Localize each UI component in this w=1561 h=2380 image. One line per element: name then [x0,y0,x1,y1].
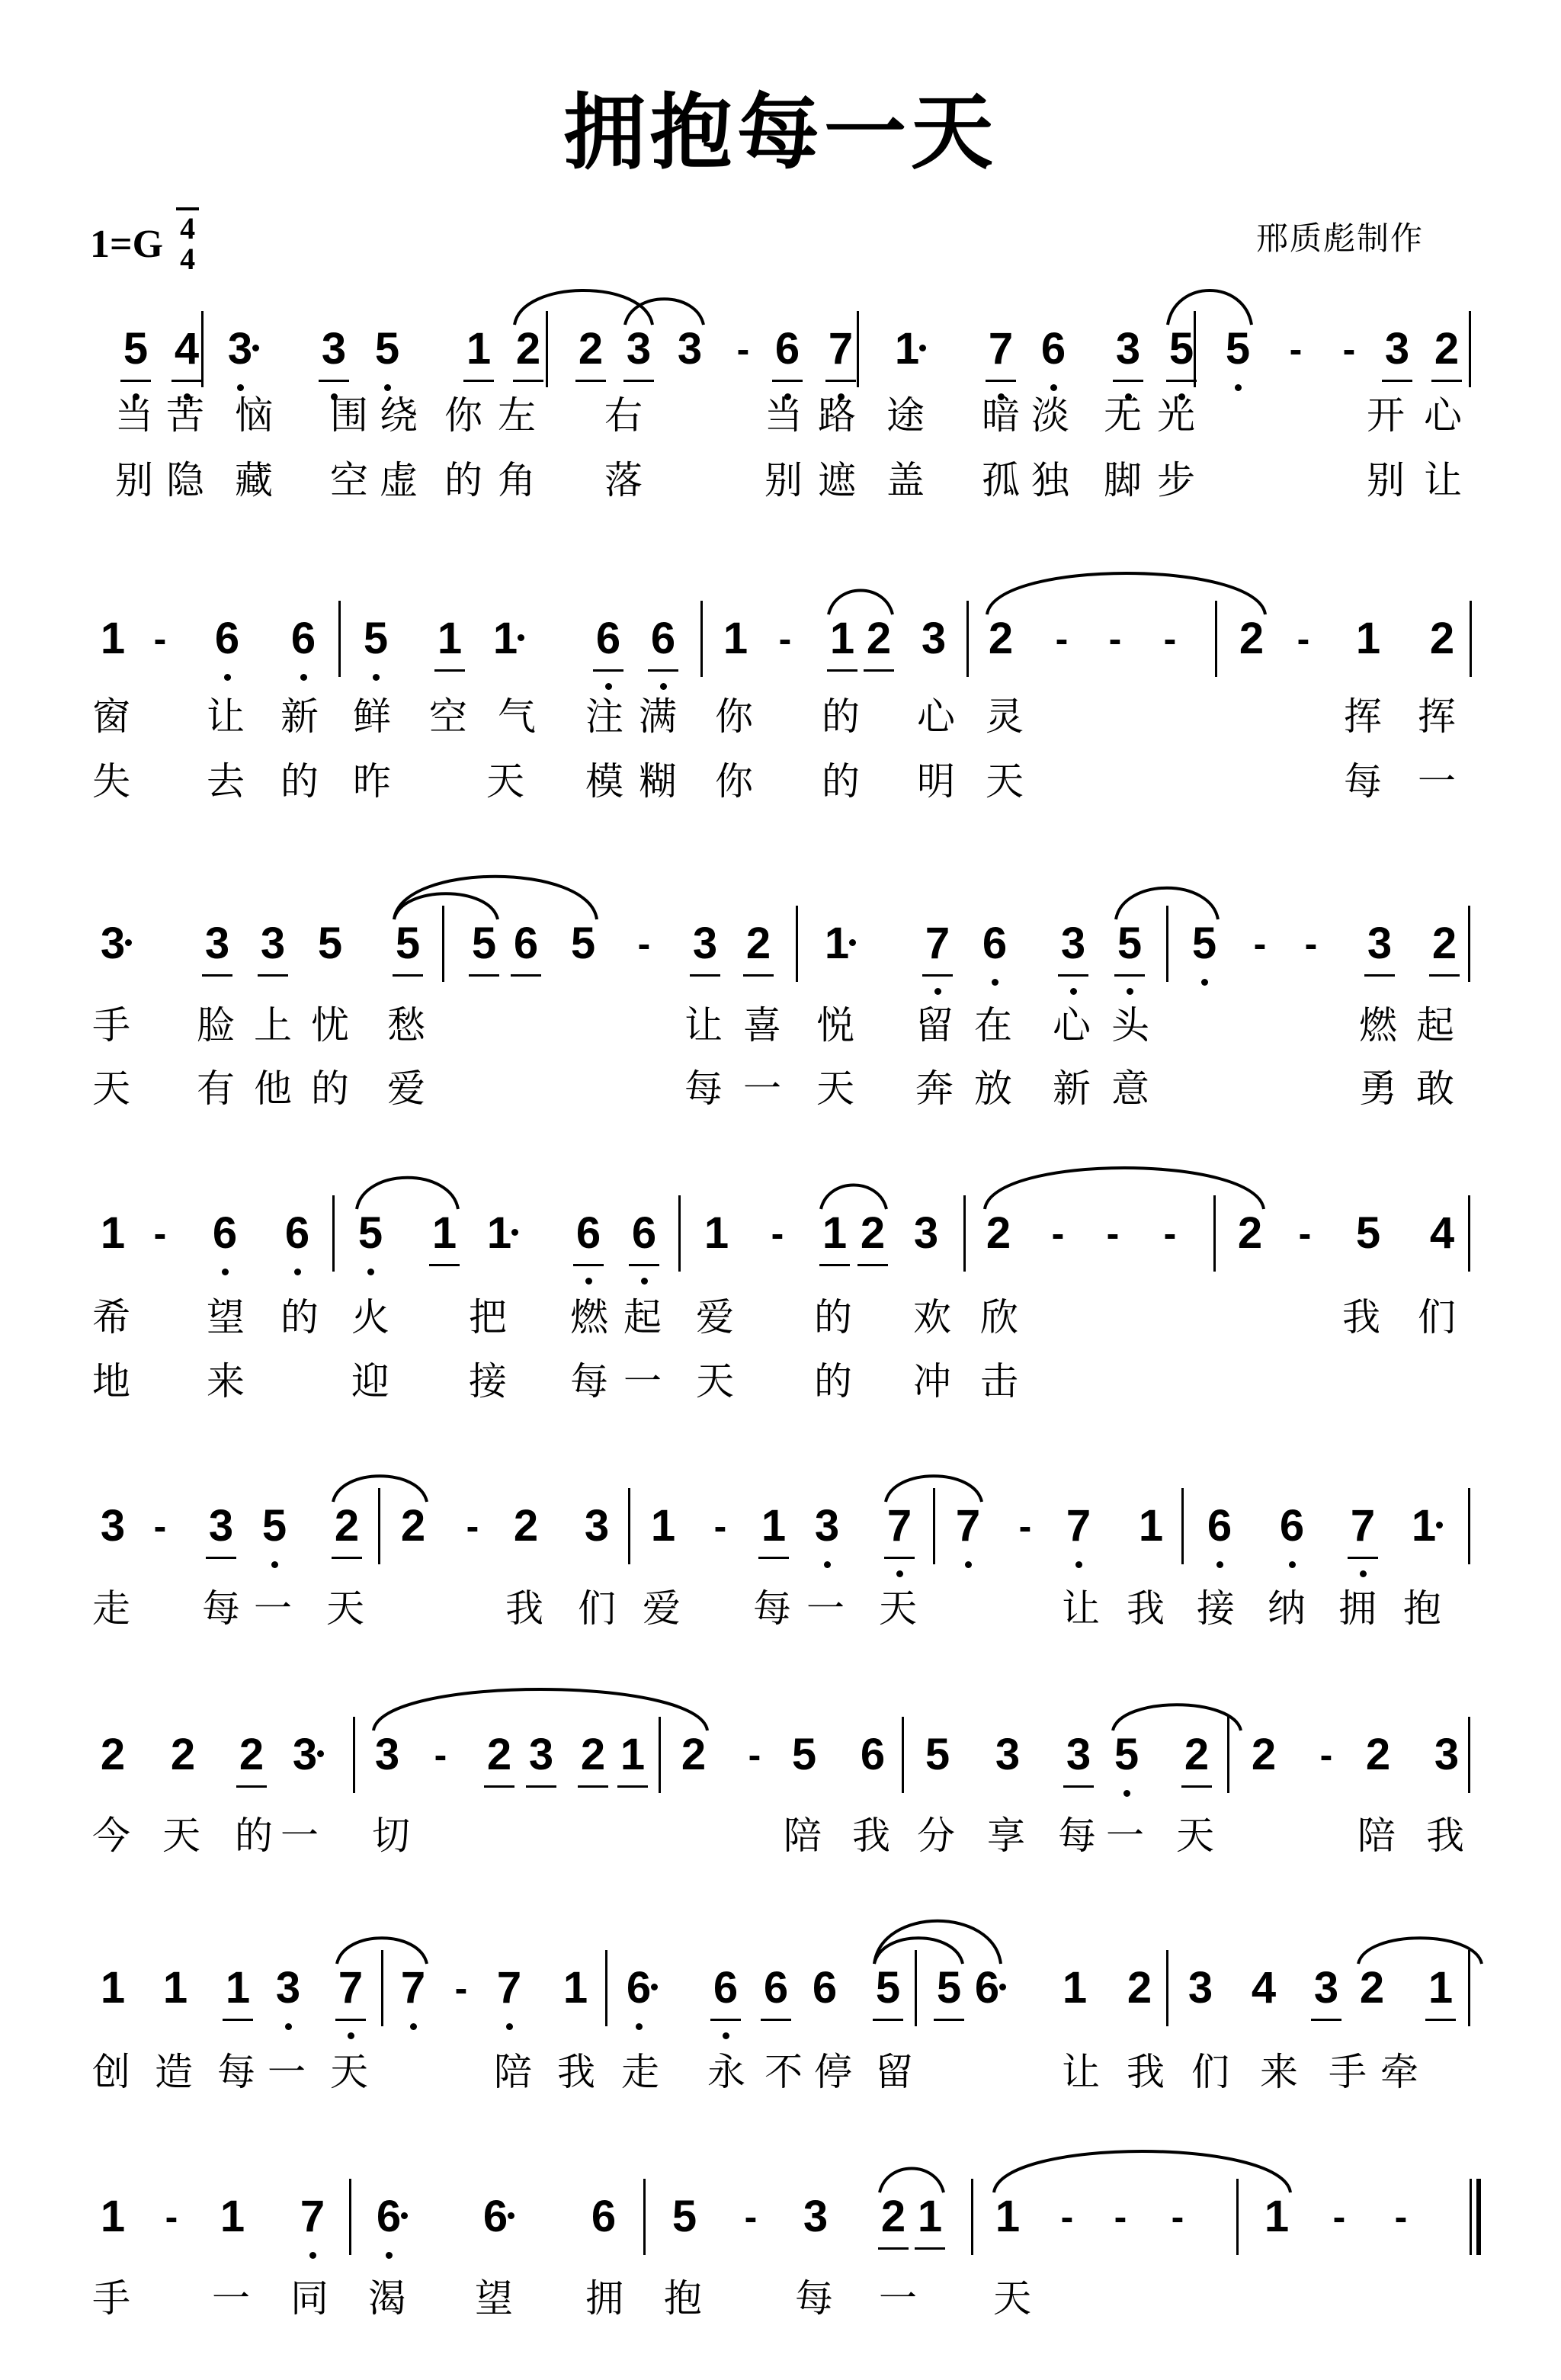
sustain-dash: - [1288,913,1334,974]
note: 2 [90,1724,136,1785]
lyric-char-verse-2: 步 [1155,457,1197,503]
lyric-char-verse-1: 陪 [1355,1813,1398,1859]
augmentation-dot [508,2212,514,2219]
lyric-char-verse-2: 落 [602,457,645,503]
barline [378,1488,380,1564]
note: 7 [328,1958,373,2019]
sustain-dash: - [1303,1724,1349,1785]
barline [1166,1950,1168,2026]
sustain-dash: - [621,913,667,974]
eighth-underline [1364,974,1395,977]
note: 5 [662,2186,707,2247]
lyric-char-verse-1: 火 [349,1294,392,1340]
lyric-char-verse-2: 一 [621,1358,664,1404]
lyric-char-verse-1: 我 [555,2049,598,2095]
note: 3 [194,913,240,974]
note: 1 [422,1203,467,1264]
lyric-char-verse-1: 爱 [640,1586,683,1631]
sustain-dash: - [1002,1496,1048,1557]
note: 1 [1052,1958,1098,2019]
lyric-char-verse-1: 手 [90,1002,133,1048]
note: 5 [364,319,410,380]
lyric-char-verse-2: 的 [278,759,321,804]
eighth-underline [772,380,803,382]
sustain-dash: - [149,2186,194,2247]
note: 3 [1056,1724,1101,1785]
lyric-char-verse-1: 留 [873,2049,915,2095]
barline [605,1950,607,2026]
lyric-char-verse-1: 今 [90,1813,133,1859]
lyric-char-verse-1: 恼 [232,393,275,438]
barline [966,601,969,677]
sustain-dash: - [1237,913,1283,974]
note: 1 [985,2186,1031,2247]
lyric-char-verse-1: 气 [495,694,538,739]
lyric-char-verse-1: 爱 [694,1294,736,1340]
note: 1 [713,608,758,669]
note: 2 [390,1496,436,1557]
note: 3 [1178,1958,1223,2019]
lyric-char-verse-2: 勇 [1357,1066,1399,1111]
note: 7 [390,1958,436,2019]
eighth-underline [393,974,423,977]
lyric-char-verse-2: 遮 [816,457,858,503]
sustain-dash: - [1316,2186,1362,2247]
lyric-char-verse-1: 牵 [1378,2049,1421,2095]
eighth-underline [206,1557,236,1559]
time-signature-line [176,207,199,210]
note: 3 [985,1724,1031,1785]
sustain-dash: - [1147,608,1193,669]
note: 6 [616,1958,662,2019]
lyric-char-verse-2: 角 [495,457,538,503]
eighth-underline [484,1785,514,1788]
lyric-char-verse-2: 别 [113,457,155,503]
barline [902,1717,904,1793]
low-octave-dot [992,979,998,986]
time-signature-top: 4 [180,213,195,244]
eighth-underline [202,974,232,977]
barline [349,2179,351,2255]
low-octave-dot [1360,1570,1367,1577]
note: 5 [1181,913,1227,974]
barline [442,906,444,982]
note: 2 [978,608,1024,669]
eighth-underline [1425,2019,1456,2021]
lyric-char-verse-1: 你 [713,694,755,739]
lyric-char-verse-1: 绕 [377,393,420,438]
lyric-char-verse-1: 上 [252,1002,294,1048]
lyric-char-verse-2: 失 [90,759,133,804]
lyric-char-verse-1: 我 [1124,2049,1167,2095]
eighth-underline [1113,380,1143,382]
note: 2 [1241,1724,1287,1785]
lyric-char-verse-1: 把 [466,1294,509,1340]
eighth-underline [120,380,151,382]
note: 6 [1197,1496,1242,1557]
lyric-char-verse-1: 我 [1424,1813,1466,1859]
barline [796,906,798,982]
lyric-char-verse-1: 的 [278,1294,321,1340]
eighth-underline [857,1264,888,1266]
low-octave-dot [367,1269,374,1275]
lyric-char-verse-1: 当 [762,393,805,438]
final-barline-thick [1476,2179,1481,2255]
lyric-char-verse-1: 挥 [1415,694,1458,739]
note: 2 [568,319,614,380]
note: 3 [1374,319,1420,380]
note: 1 [884,319,930,380]
lyric-char-verse-1: 一 [210,2276,252,2321]
note: 2 [503,1496,549,1557]
sustain-dash: - [137,1496,183,1557]
lyric-char-verse-1: 脸 [194,1002,237,1048]
note: 2 [229,1724,274,1785]
lyric-char-verse-1: 空 [427,694,470,739]
eighth-underline [922,974,953,977]
eighth-underline [578,1785,608,1788]
note: 1 [482,608,528,669]
lyric-char-verse-1: 我 [1124,1586,1167,1631]
eighth-underline [463,380,494,382]
lyric-char-verse-1: 陪 [492,2049,534,2095]
note: 1 [907,2186,953,2247]
lyric-char-verse-1: 拥 [583,2276,626,2321]
eighth-underline [758,1557,789,1559]
barline [1194,311,1196,387]
note: 3 [90,1496,136,1557]
lyric-char-verse-1: 挥 [1341,694,1384,739]
note: 5 [1159,319,1204,380]
low-octave-dot [1070,988,1077,995]
barline [915,1950,917,2026]
note: 6 [566,1203,611,1264]
lyric-char-verse-2: 隐 [164,457,207,503]
note: 5 [385,913,431,974]
lyric-char-verse-1: 天 [328,2049,370,2095]
lyric-char-verse-1: 让 [1059,2049,1102,2095]
low-octave-dot [934,988,941,995]
note: 5 [252,1496,297,1557]
lyric-char-verse-1: 每 [200,1586,242,1631]
eighth-underline [434,669,465,672]
barline [1236,2179,1239,2255]
note: 1 [456,319,502,380]
lyric-char-verse-1: 头 [1109,1002,1152,1048]
note: 6 [1269,1496,1315,1557]
sustain-dash: - [1039,608,1085,669]
note: 6 [964,1958,1010,2019]
sustain-dash: - [1147,1203,1193,1264]
barline [700,601,703,677]
lyric-char-verse-2: 敢 [1414,1066,1457,1111]
low-octave-dot [237,384,244,391]
lyric-char-verse-1: 一 [804,1586,847,1631]
barline [332,1195,335,1272]
eighth-underline [1431,380,1462,382]
note: 5 [915,1724,960,1785]
lyric-char-verse-1: 开 [1364,393,1407,438]
note: 3 [282,1724,328,1785]
note: 2 [570,1724,616,1785]
lyric-char-verse-2: 放 [972,1066,1014,1111]
key-signature: 1=G 4 4 [90,213,195,274]
lyric-char-verse-2: 别 [1364,457,1407,503]
lyric-char-verse-2: 的 [812,1358,854,1404]
lyric-char-verse-1: 纳 [1265,1586,1308,1631]
note: 6 [581,2186,627,2247]
note: 2 [856,608,902,669]
note: 6 [1031,319,1076,380]
low-octave-dot [605,683,612,690]
lyric-char-verse-1: 忧 [309,1002,351,1048]
sustain-dash: - [755,1203,800,1264]
eighth-underline [575,380,606,382]
note: 1 [1401,1496,1447,1557]
lyric-char-verse-2: 脚 [1101,457,1144,503]
lyric-char-verse-1: 天 [324,1586,367,1631]
sustain-dash: - [720,319,766,380]
lyric-char-verse-1: 天 [160,1813,203,1859]
note: 5 [1104,1724,1149,1785]
lyric-char-verse-2: 藏 [232,457,275,503]
sustain-dash: - [1281,608,1326,669]
lyric-char-verse-1: 的 [819,694,862,739]
barline [933,1488,935,1564]
lyric-char-verse-1: 停 [812,2049,854,2095]
lyric-char-verse-2: 奔 [913,1066,956,1111]
low-octave-dot [309,2252,316,2259]
sustain-dash: - [697,1496,743,1557]
lyric-char-verse-2: 别 [762,457,805,503]
note: 6 [473,2186,518,2247]
note: 2 [1174,1724,1220,1785]
lyric-char-verse-1: 留 [913,1002,956,1048]
note: 1 [90,1203,136,1264]
low-octave-dot [1050,384,1057,391]
note: 6 [850,1724,896,1785]
lyric-char-verse-2: 爱 [385,1066,428,1111]
note: 1 [210,2186,255,2247]
lyric-char-verse-1: 新 [278,694,321,739]
barline [1215,601,1217,677]
lyric-char-verse-1: 无 [1101,393,1144,438]
lyric-char-verse-1: 起 [1414,1002,1457,1048]
note: 4 [1419,1203,1465,1264]
lyric-char-verse-2: 的 [442,457,485,503]
sustain-dash: - [1282,1203,1328,1264]
low-octave-dot [1216,1561,1223,1568]
note: 1 [610,1724,655,1785]
low-octave-dot [1123,1790,1130,1797]
note: 2 [1229,608,1274,669]
lyric-char-verse-1: 手 [1326,2049,1369,2095]
lyric-char-verse-1: 一 [1104,1813,1146,1859]
note: 3 [1050,913,1096,974]
note: 7 [915,913,960,974]
note: 3 [903,1203,949,1264]
lyric-char-verse-1: 悦 [814,1002,857,1048]
lyric-char-verse-1: 燃 [568,1294,611,1340]
lyric-char-verse-1: 的 [232,1813,275,1859]
lyric-char-verse-1: 希 [90,1294,133,1340]
eighth-underline [1429,974,1460,977]
eighth-underline [1181,1785,1212,1788]
lyric-char-verse-1: 走 [90,1586,133,1631]
eighth-underline [629,1264,659,1266]
note: 1 [90,608,136,669]
note: 1 [814,913,860,974]
note: 1 [751,1496,797,1557]
note: 5 [1107,913,1152,974]
lyric-char-verse-2: 的 [309,1066,351,1111]
lyric-char-verse-1: 心 [915,694,957,739]
sustain-dash: - [732,1724,777,1785]
lyric-char-verse-1: 每 [793,2276,835,2321]
eighth-underline [934,2019,964,2021]
lyric-char-verse-2: 天 [814,1066,857,1111]
song-title: 拥抱每一天 [0,91,1561,174]
eighth-underline [223,2019,253,2021]
lyric-char-verse-1: 抱 [1401,1586,1444,1631]
barline [1468,1195,1470,1272]
note: 1 [1254,2186,1300,2247]
lyric-char-verse-2: 明 [915,759,957,804]
sustain-dash: - [1092,608,1138,669]
lyric-char-verse-1: 一 [265,2049,308,2095]
eighth-underline [1063,1785,1094,1788]
sustain-dash: - [1326,319,1372,380]
lyric-char-verse-1: 喜 [741,1002,784,1048]
eighth-underline [873,2019,903,2021]
eighth-underline [511,974,541,977]
lyric-char-verse-2: 接 [466,1358,509,1404]
note: 6 [366,2186,412,2247]
note: 6 [640,608,686,669]
lyric-char-verse-1: 苦 [164,393,207,438]
barline [546,311,548,387]
note: 3 [90,913,136,974]
lyric-char-verse-2: 虚 [377,457,420,503]
lyric-char-verse-1: 天 [991,2276,1034,2321]
sustain-dash: - [1273,319,1319,380]
note: 6 [202,1203,248,1264]
note: 1 [152,1958,198,2019]
lyric-char-verse-1: 每 [1056,1813,1098,1859]
final-barline [1470,2179,1472,2255]
lyric-char-verse-1: 的 [812,1294,854,1340]
lyric-char-verse-2: 每 [568,1358,611,1404]
lyric-char-verse-1: 我 [850,1813,893,1859]
lyric-char-verse-2: 天 [983,759,1026,804]
note: 1 [1418,1958,1463,2019]
note: 2 [850,1203,896,1264]
note: 6 [274,1203,320,1264]
lyric-char-verse-1: 天 [877,1586,919,1631]
lyric-char-verse-2: 有 [194,1066,237,1111]
lyric-char-verse-1: 路 [816,393,858,438]
note: 1 [215,1958,261,2019]
low-octave-dot [1201,979,1208,986]
note: 1 [553,1958,598,2019]
lyric-char-verse-2: 孤 [979,457,1022,503]
eighth-underline [827,669,857,672]
barline [201,311,204,387]
note: 3 [1303,1958,1349,2019]
augmentation-dot [518,634,524,641]
note: 3 [265,1958,311,2019]
lyric-char-verse-1: 我 [503,1586,546,1631]
lyric-char-verse-1: 拥 [1336,1586,1379,1631]
barline [1470,601,1472,677]
lyric-char-verse-2: 意 [1109,1066,1152,1111]
lyric-char-verse-1: 来 [1258,2049,1300,2095]
low-octave-dot [636,2023,643,2030]
lyric-char-verse-2: 一 [741,1066,784,1111]
note: 7 [877,1496,922,1557]
note: 2 [976,1203,1021,1264]
lyric-char-verse-1: 在 [972,1002,1014,1048]
lyric-char-verse-2: 空 [328,457,370,503]
note: 2 [671,1724,716,1785]
barline [1213,1195,1216,1272]
barline [678,1195,681,1272]
eighth-underline [710,2019,741,2021]
note: 1 [694,1203,739,1264]
eighth-underline [469,974,499,977]
lyric-char-verse-1: 享 [985,1813,1027,1859]
lyric-char-verse-1: 光 [1155,393,1197,438]
eighth-underline [825,380,856,382]
note: 6 [753,1958,799,2019]
lyric-char-verse-1: 望 [204,1294,247,1340]
low-octave-dot [641,1278,648,1285]
low-octave-dot [222,1269,229,1275]
lyric-char-verse-1: 们 [575,1586,618,1631]
lyric-char-verse-1: 围 [328,393,370,438]
lyric-char-verse-2: 模 [583,759,626,804]
sustain-dash: - [1155,2186,1200,2247]
low-octave-dot [386,2252,393,2259]
note: 5 [865,1958,911,2019]
lyric-char-verse-2: 天 [694,1358,736,1404]
barline [628,1488,630,1564]
note: 5 [353,608,399,669]
eighth-underline [573,1264,604,1266]
note: 3 [911,608,957,669]
note: 3 [250,913,296,974]
lyric-char-verse-1: 一 [278,1813,321,1859]
eighth-underline [864,669,894,672]
note: 5 [1215,319,1261,380]
barline [857,311,859,387]
barline [971,2179,973,2255]
note: 3 [1105,319,1151,380]
time-signature: 4 4 [180,213,195,274]
barline [1468,1717,1470,1793]
note: 6 [703,1958,748,2019]
lyric-char-verse-1: 让 [682,1002,725,1048]
note: 3 [667,319,713,380]
lyric-char-verse-2: 地 [90,1358,133,1404]
eighth-underline [319,380,349,382]
lyric-char-verse-1: 们 [1189,2049,1232,2095]
note: 7 [978,319,1024,380]
lyric-char-verse-2: 糊 [636,759,679,804]
eighth-underline [1348,1557,1378,1559]
barline [643,2179,646,2255]
lyric-char-verse-1: 抱 [662,2276,704,2321]
